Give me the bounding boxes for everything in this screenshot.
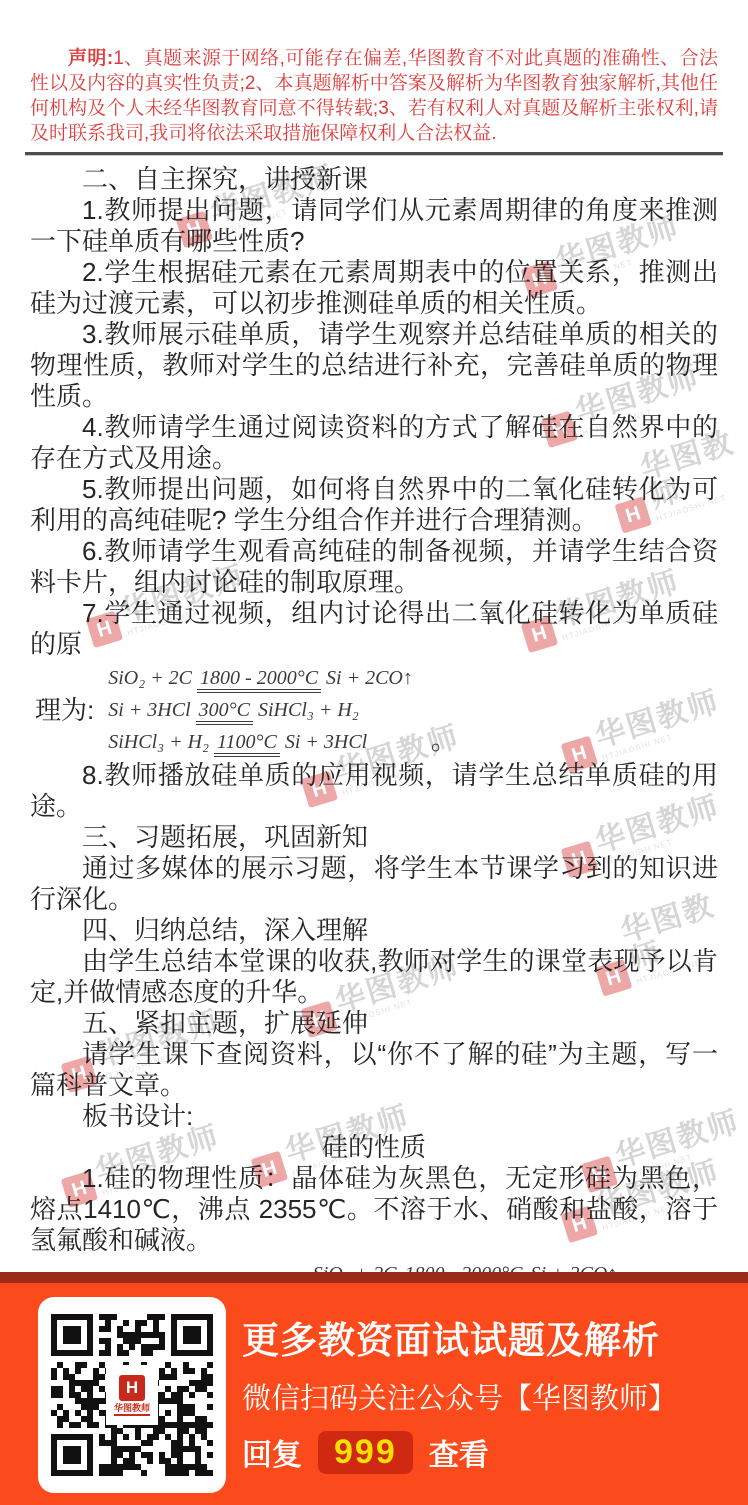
section-3-paragraph: 通过多媒体的展示习题，将学生本节课学习到的知识进行深化。 <box>30 853 718 915</box>
step-1-paragraph: 1.教师提出问题，请同学们从元素周期律的角度来推测一下硅单质有哪些性质? <box>30 195 718 257</box>
step-3-paragraph: 3.教师展示硅单质，请学生观察并总结硅单质的相关的物理性质，教师对学生的总结进行… <box>30 319 718 412</box>
step-4-paragraph: 4.教师请学生通过阅读资料的方式了解硅在自然界中的存在方式及用途。 <box>30 412 718 474</box>
step-2-paragraph: 2.学生根据硅元素在元素周期表中的位置关系，推测出硅为过渡元素，可以初步推测硅单… <box>30 257 718 319</box>
reply-code-badge: 999 <box>318 1431 413 1474</box>
reaction-condition: 1100°C <box>214 731 280 757</box>
banner-subline: 微信扫码关注公众号【华图教师】 <box>242 1376 677 1417</box>
document-page: 华图教师HTJIAOSHI NET 华图教师HTJIAOSHI NET 华图教师… <box>0 0 748 1505</box>
section-4-paragraph: 由学生总结本堂课的收获,教师对学生的课堂表现予以肯定,并做情感态度的升华。 <box>30 946 718 1008</box>
board-title: 硅的性质 <box>30 1132 718 1163</box>
section-heading-4: 四、归纳总结，深入理解 <box>30 915 718 946</box>
banner-headline: 更多教资面试试题及解析 <box>242 1310 660 1364</box>
equation-block-1: 理为: SiO₂ + 2C 1800 - 2000°C Si + 2CO↑ Si… <box>35 664 718 756</box>
reply-prefix: 回复 <box>242 1430 302 1474</box>
board-point-1: 1.硅的物理性质：晶体硅为灰黑色，无定形硅为黑色，熔点1410℃，沸点 2355… <box>30 1163 718 1256</box>
section-divider <box>25 152 723 156</box>
equation-line: Si + 3HCl 300°C SiHCl₃ + H₂ <box>108 696 413 724</box>
trailing-period: 。 <box>431 725 457 756</box>
qr-card: H 华图教师 <box>38 1297 226 1493</box>
promo-banner: H 华图教师 更多教资面试试题及解析 微信扫码关注公众号【华图教师】 回复 99… <box>0 1272 748 1505</box>
qr-center-logo: H 华图教师 <box>106 1365 158 1425</box>
section-heading-5: 五、紧扣主题，扩展延伸 <box>30 1008 718 1039</box>
huatu-logo-icon: H <box>119 1375 145 1401</box>
disclaimer-text: 声明:1、真题来源于网络,可能存在偏差,华图教育不对此真题的准确性、合法性以及内… <box>30 46 718 146</box>
board-design-label: 板书设计: <box>30 1101 718 1132</box>
banner-reply-line: 回复 999 查看 <box>242 1430 489 1474</box>
section-heading-2: 二、自主探究，讲授新课 <box>30 164 718 195</box>
step-8-paragraph: 8.教师播放硅单质的应用视频，请学生总结单质硅的用途。 <box>30 760 718 822</box>
reaction-condition: 1800 - 2000°C <box>197 667 321 693</box>
step-6-paragraph: 6.教师请学生观看高纯硅的制备视频，并请学生结合资料卡片，组内讨论硅的制取原理。 <box>30 536 718 598</box>
equation-inline-label: 理为: <box>35 695 94 726</box>
lesson-plan-body: 二、自主探究，讲授新课 1.教师提出问题，请同学们从元素周期律的角度来推测一下硅… <box>30 164 718 1352</box>
equation-line: SiHCl₃ + H₂ 1100°C Si + 3HCl <box>108 728 413 756</box>
section-heading-3: 三、习题拓展，巩固新知 <box>30 822 718 853</box>
reaction-condition: 300°C <box>196 699 253 725</box>
equation-line: SiO₂ + 2C 1800 - 2000°C Si + 2CO↑ <box>108 664 413 692</box>
section-5-paragraph: 请学生课下查阅资料，以“你不了解的硅”为主题，写一篇科普文章。 <box>30 1039 718 1101</box>
disclaimer-label: 声明: <box>68 48 113 69</box>
banner-texts: 更多教资面试试题及解析 微信扫码关注公众号【华图教师】 回复 999 查看 <box>242 1272 732 1505</box>
equation-stack-1: SiO₂ + 2C 1800 - 2000°C Si + 2CO↑ Si + 3… <box>108 664 413 756</box>
step-7-paragraph: 7.学生通过视频，组内讨论得出二氧化硅转化为单质硅的原 <box>30 598 718 660</box>
step-5-paragraph: 5.教师提出问题，如何将自然界中的二氧化硅转化为可利用的高纯硅呢? 学生分组合作… <box>30 474 718 536</box>
reply-suffix: 查看 <box>429 1430 489 1474</box>
